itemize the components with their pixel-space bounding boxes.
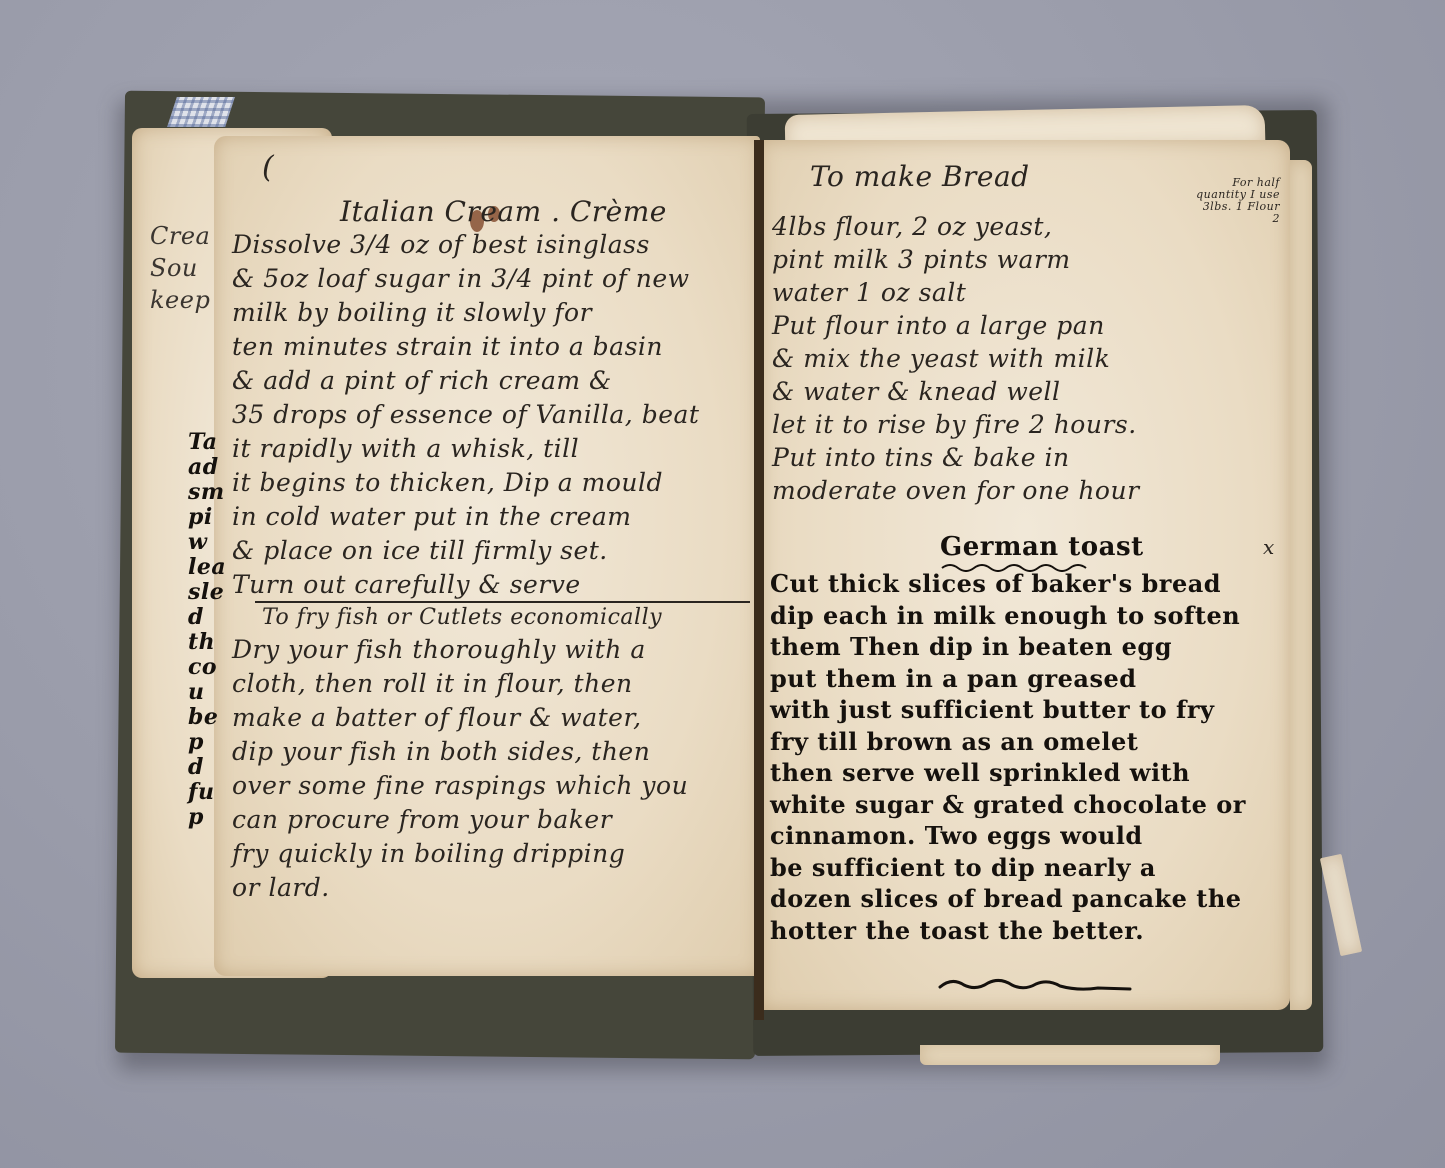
- recipe-title-fry-fish: To fry fish or Cutlets economically: [262, 605, 662, 630]
- right-page-stack-edge: [1290, 160, 1312, 1010]
- fragment-side-text: Ta ad sm pi w lea sle d th co u be p d f…: [188, 430, 226, 830]
- corner-mark-x: x: [1263, 535, 1275, 559]
- book-gutter: [754, 140, 764, 1020]
- section-divider: [255, 601, 750, 603]
- fragment-top-text: Crea Sou keep: [150, 220, 210, 316]
- recipe-title-italian-cream: Italian Cream . Crème: [340, 195, 667, 228]
- recipe-title-bread: To make Bread: [810, 160, 1030, 193]
- patterned-tape-scrap: [167, 97, 235, 127]
- recipe-body-fry-fish: Dry your fish thoroughly with a cloth, t…: [232, 633, 688, 905]
- recipe-title-german-toast: German toast: [940, 532, 1144, 562]
- torn-page-bottom: [920, 1045, 1220, 1065]
- corner-mark: (: [262, 150, 274, 185]
- recipe-body-italian-cream: Dissolve 3/4 oz of best isinglass & 5oz …: [232, 228, 699, 602]
- margin-note-half-quantity: For half quantity I use 3lbs. 1 Flour 2: [1150, 177, 1280, 225]
- recipe-body-german-toast: Cut thick slices of baker's bread dip ea…: [770, 568, 1246, 946]
- recipe-body-bread: 4lbs flour, 2 oz yeast, pint milk 3 pint…: [772, 210, 1140, 507]
- end-flourish: [938, 975, 1133, 995]
